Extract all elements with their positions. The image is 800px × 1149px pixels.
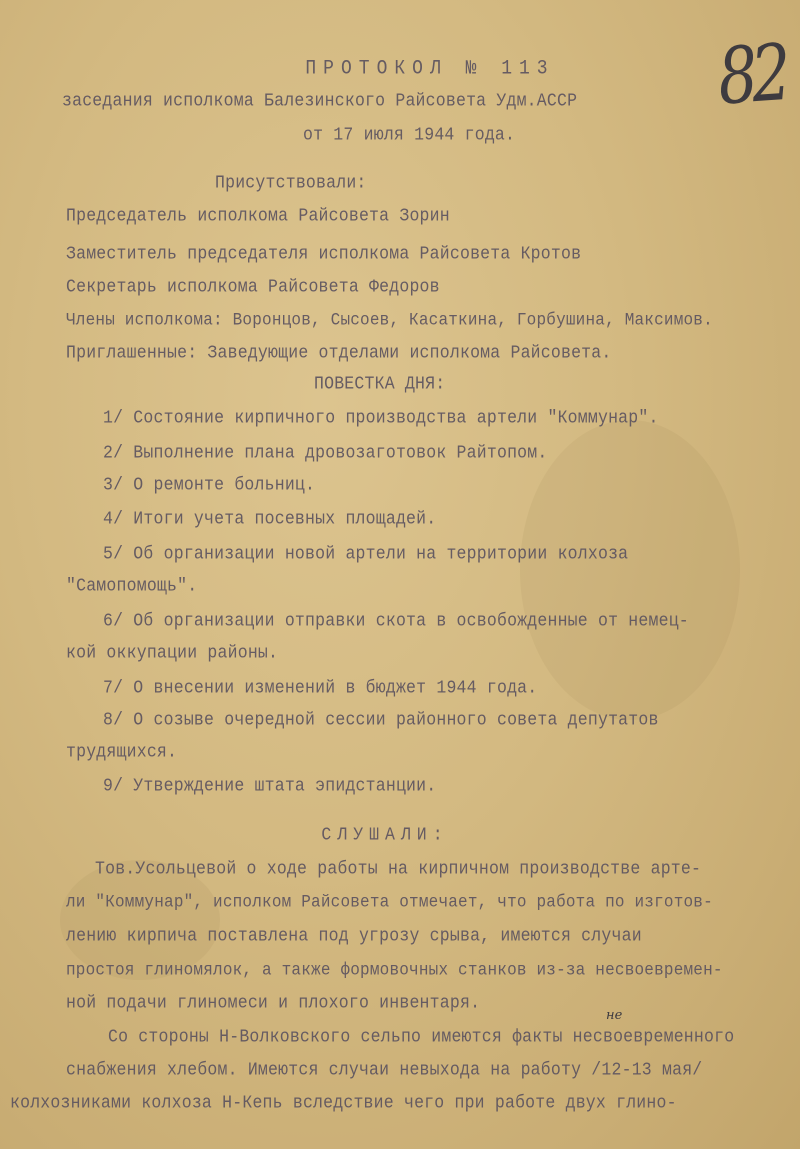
handwritten-insertion: не <box>606 1008 622 1023</box>
body-line: снабжения хлебом. Имеются случаи невыход… <box>66 1059 702 1080</box>
agenda-item: 2/ Выполнение плана дровозаготовок Райто… <box>103 442 547 463</box>
document-title: ПРОТОКОЛ № 113 <box>0 58 800 80</box>
attendee-line: Секретарь исполкома Райсовета Федоров <box>66 276 440 297</box>
attendee-line: Члены исполкома: Воронцов, Сысоев, Касат… <box>66 310 713 330</box>
body-line: лению кирпича поставлена под угрозу срыв… <box>66 925 642 946</box>
agenda-item-continuation: кой оккупации районы. <box>66 642 278 663</box>
body-line: колхозниками колхоза Н-Кепь вследствие ч… <box>10 1092 677 1113</box>
body-line: Со стороны Н-Волковского сельпо имеются … <box>108 1026 734 1047</box>
attendee-line: Заместитель председателя исполкома Райсо… <box>66 243 581 264</box>
body-line: ной подачи глиномеси и плохого инвентаря… <box>66 992 480 1013</box>
agenda-heading: ПОВЕСТКА ДНЯ: <box>314 373 445 394</box>
agenda-item: 9/ Утверждение штата эпидстанции. <box>103 775 436 796</box>
agenda-item: 8/ О созыве очередной сессии районного с… <box>103 709 659 730</box>
agenda-item: 4/ Итоги учета посевных площадей. <box>103 508 436 529</box>
agenda-item-continuation: трудящихся. <box>66 741 177 762</box>
agenda-item: 5/ Об организации новой артели на террит… <box>103 543 628 564</box>
agenda-item-continuation: "Самопомощь". <box>66 575 197 596</box>
agenda-item: 1/ Состояние кирпичного производства арт… <box>103 407 659 428</box>
heard-heading: СЛУШАЛИ: <box>0 824 770 845</box>
document-subtitle: заседания исполкома Балезинского Райсове… <box>62 90 577 111</box>
agenda-item: 7/ О внесении изменений в бюджет 1944 го… <box>103 677 537 698</box>
document-date: от 17 июля 1944 года. <box>303 124 515 145</box>
attendee-line: Председатель исполкома Райсовета Зорин <box>66 205 450 226</box>
attendee-line: Приглашенные: Заведующие отделами исполк… <box>66 342 612 363</box>
body-line: простоя глиномялок, а также формовочных … <box>66 960 723 980</box>
body-line: Тов.Усольцевой о ходе работы на кирпично… <box>95 858 701 879</box>
agenda-item: 3/ О ремонте больниц. <box>103 474 315 495</box>
body-line: ли "Коммунар", исполком Райсовета отмеча… <box>66 892 713 912</box>
attendance-heading: Присутствовали: <box>215 172 367 193</box>
agenda-item: 6/ Об организации отправки скота в освоб… <box>103 610 689 631</box>
archival-document-page: 82 ПРОТОКОЛ № 113 заседания исполкома Ба… <box>0 0 800 1149</box>
paper-stain <box>520 420 740 720</box>
